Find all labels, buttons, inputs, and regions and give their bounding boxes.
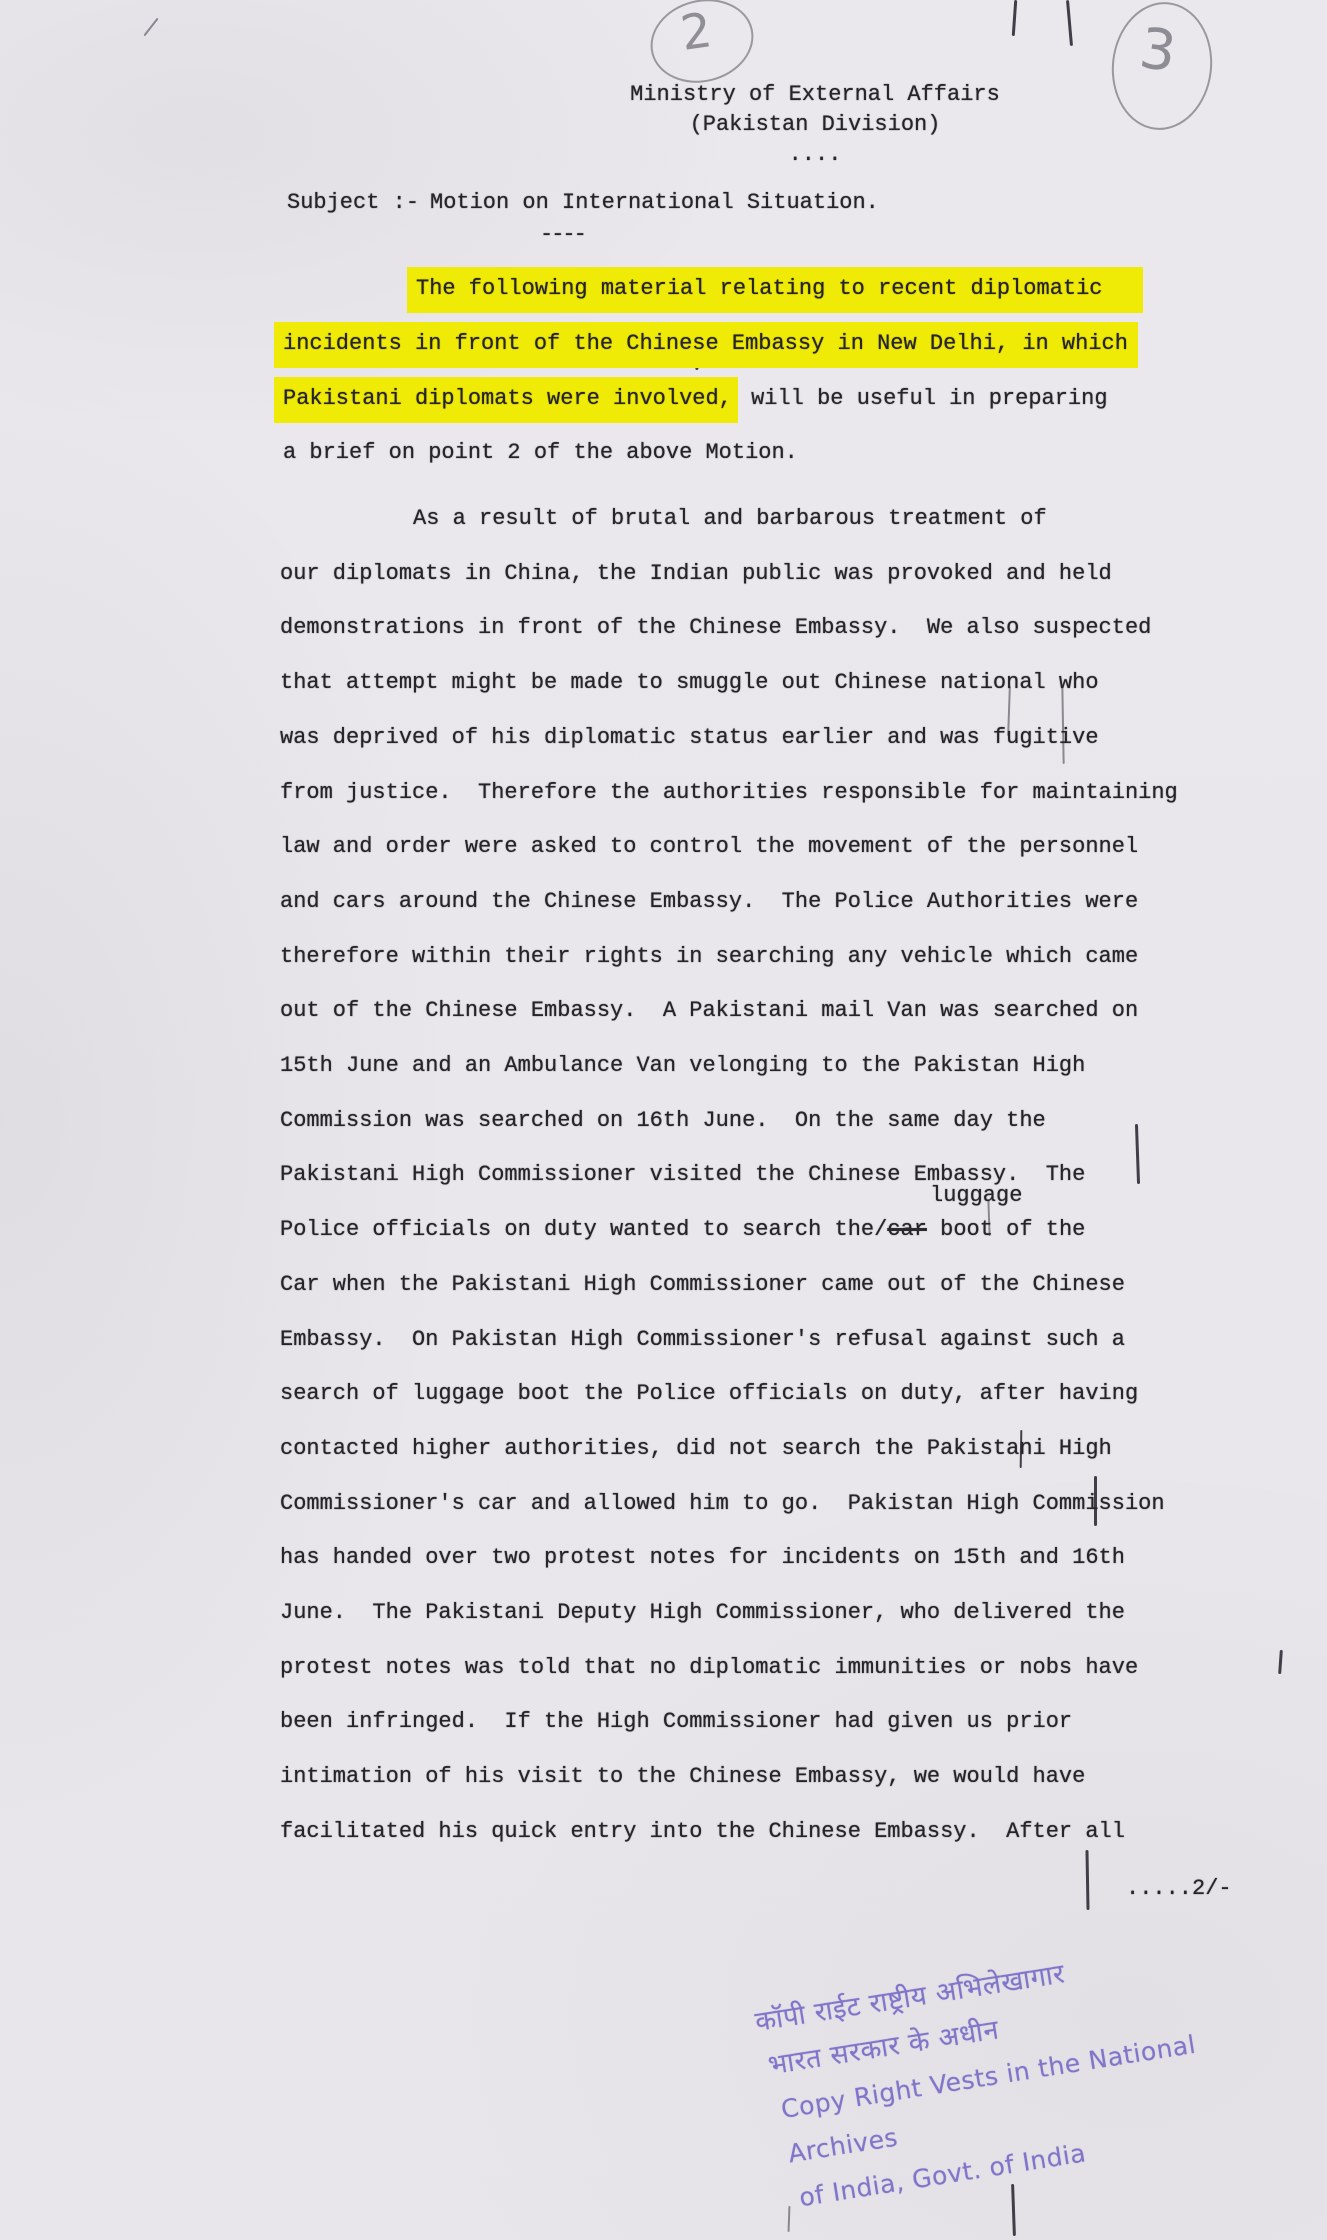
- subject-underline-dashes: ----: [540, 222, 585, 247]
- typed-line: search of luggage boot the Police offici…: [280, 1367, 1280, 1422]
- subject-value: Motion on International Situation.: [430, 190, 879, 215]
- typed-line: and cars around the Chinese Embassy. The…: [280, 875, 1280, 930]
- typed-line: has handed over two protest notes for in…: [280, 1531, 1280, 1586]
- body-paragraph: As a result of brutal and barbarous trea…: [280, 492, 1280, 1860]
- subject-label: Subject :-: [287, 190, 419, 215]
- typed-line: contacted higher authorities, did not se…: [280, 1422, 1280, 1477]
- archives-stamp: कॉपी राईट राष्ट्रीय अभिलेखागार भारत सरका…: [742, 1921, 1291, 2225]
- typed-line: therefore within their rights in searchi…: [280, 930, 1280, 985]
- separator-dots: ....: [600, 140, 1030, 170]
- typed-text: Police officials on duty wanted to searc…: [280, 1217, 887, 1242]
- typed-line: law and order were asked to control the …: [280, 820, 1280, 875]
- typed-line: 15th June and an Ambulance Van velonging…: [280, 1039, 1280, 1094]
- pen-stroke: [1012, 0, 1018, 36]
- typed-line-with-correction: Police officials on duty wanted to searc…: [280, 1203, 1280, 1258]
- highlight-span: The following material relating to recen…: [407, 267, 1143, 313]
- typed-line: The following material relating to recen…: [283, 262, 1263, 317]
- struck-word: car: [887, 1217, 927, 1242]
- pen-stroke: [1066, 0, 1073, 46]
- typed-line: that attempt might be made to smuggle ou…: [280, 656, 1280, 711]
- typed-line: intimation of his visit to the Chinese E…: [280, 1750, 1280, 1805]
- typed-line: Pakistani High Commissioner visited the …: [280, 1148, 1280, 1203]
- typed-line: our diplomats in China, the Indian publi…: [280, 547, 1280, 602]
- typed-line: Commission was searched on 16th June. On…: [280, 1094, 1280, 1149]
- typed-line: protest notes was told that no diplomati…: [280, 1641, 1280, 1696]
- page-continuation-marker: .....2/-: [1126, 1876, 1232, 1901]
- typed-line: June. The Pakistani Deputy High Commissi…: [280, 1586, 1280, 1641]
- typed-line: As a result of brutal and barbarous trea…: [280, 492, 1280, 547]
- typed-line: facilitated his quick entry into the Chi…: [280, 1805, 1280, 1860]
- pen-stroke: [143, 18, 158, 37]
- typed-line: out of the Chinese Embassy. A Pakistani …: [280, 984, 1280, 1039]
- typed-line: a brief on point 2 of the above Motion.: [283, 426, 1263, 481]
- typed-line: Car when the Pakistani High Commissioner…: [280, 1258, 1280, 1313]
- typed-line: was deprived of his diplomatic status ea…: [280, 711, 1280, 766]
- typed-line: been infringed. If the High Commissioner…: [280, 1695, 1280, 1750]
- typed-line: Embassy. On Pakistan High Commissioner's…: [280, 1313, 1280, 1368]
- highlight-span: Pakistani diplomats were involved,: [274, 377, 738, 423]
- typed-line: demonstrations in front of the Chinese E…: [280, 601, 1280, 656]
- typed-text: boot of the: [927, 1217, 1085, 1242]
- division-subtitle: (Pakistan Division): [600, 110, 1030, 140]
- typed-line: Commissioner's car and allowed him to go…: [280, 1477, 1280, 1532]
- letterhead: Ministry of External Affairs (Pakistan D…: [600, 80, 1030, 170]
- highlight-span: incidents in front of the Chinese Embass…: [274, 322, 1138, 368]
- intro-paragraph: The following material relating to recen…: [283, 262, 1263, 481]
- typed-line: incidents in front of the Chinese Embass…: [283, 317, 1263, 372]
- pen-stroke: [1011, 2184, 1015, 2236]
- ministry-title: Ministry of External Affairs: [600, 80, 1030, 110]
- typed-line: from justice. Therefore the authorities …: [280, 766, 1280, 821]
- document-page: 2 3 Ministry of External Affairs (Pakist…: [0, 0, 1327, 2240]
- typed-line: Pakistani diplomats were involved, will …: [283, 372, 1263, 427]
- typed-text: will be useful in preparing: [738, 386, 1108, 411]
- inserted-word-luggage: luggage: [930, 1183, 1022, 1208]
